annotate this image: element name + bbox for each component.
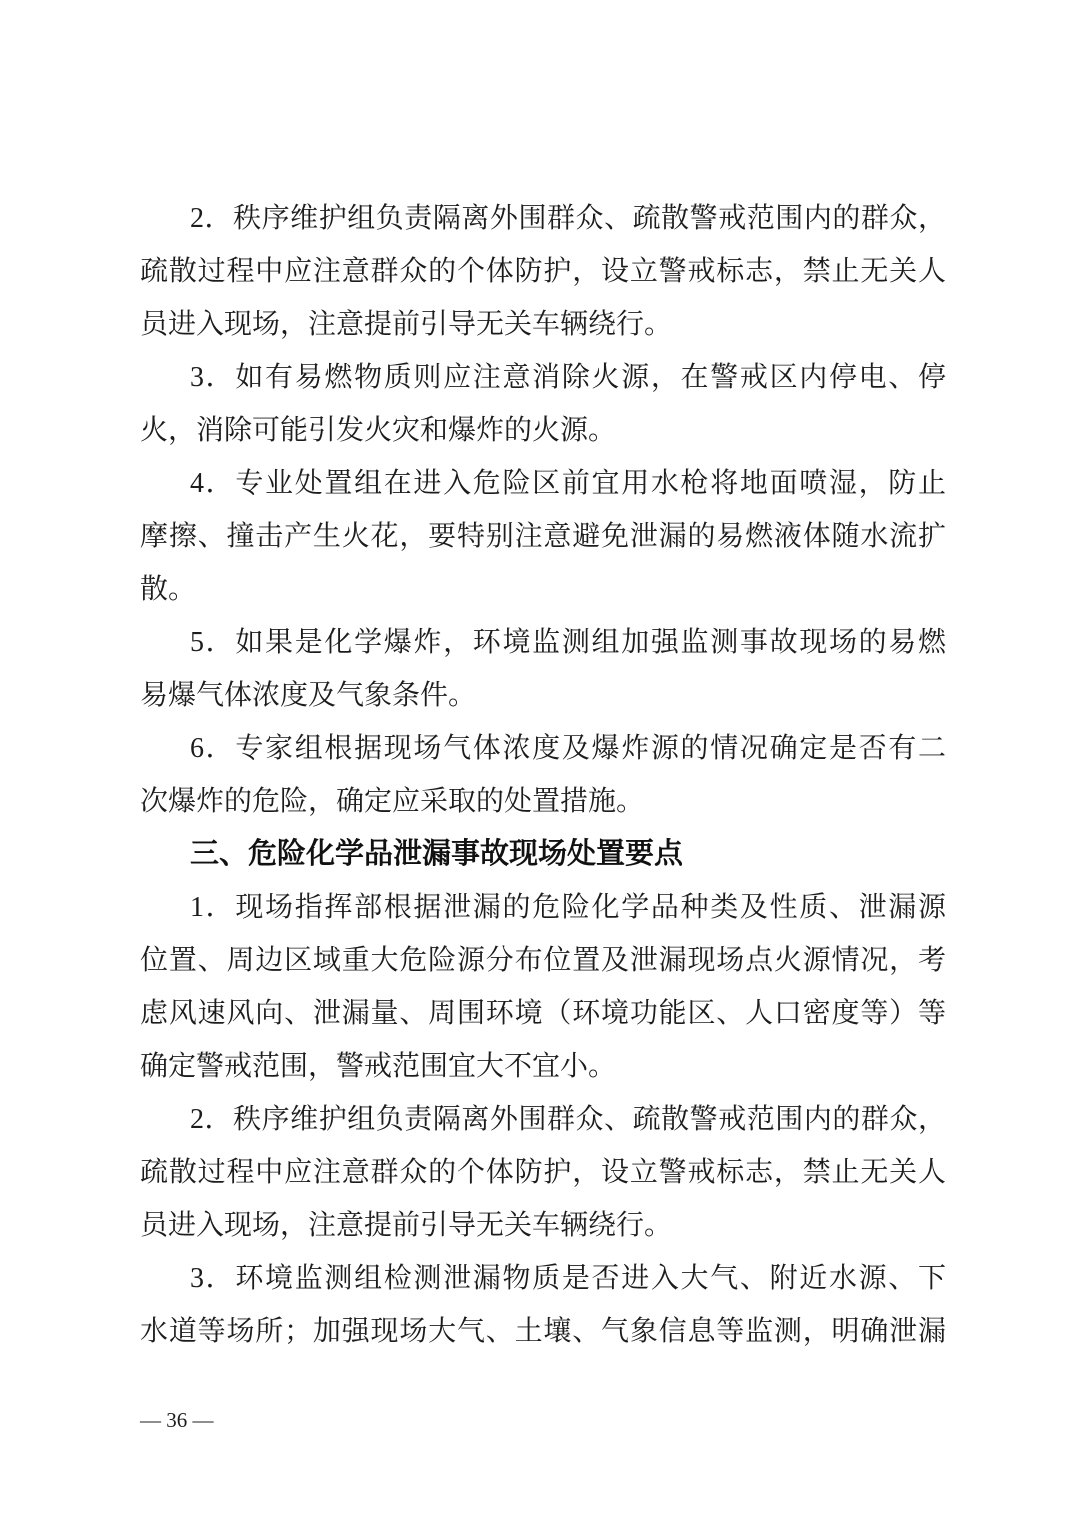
paragraph-line: 3．如有易燃物质则应注意消除火源，在警戒区内停电、停	[140, 351, 946, 404]
paragraph-line: 确定警戒范围，警戒范围宜大不宜小。	[140, 1040, 946, 1093]
paragraph-line: 2．秩序维护组负责隔离外围群众、疏散警戒范围内的群众，	[140, 1093, 946, 1146]
paragraph-line: 5．如果是化学爆炸，环境监测组加强监测事故现场的易燃	[140, 616, 946, 669]
paragraph-line: 疏散过程中应注意群众的个体防护，设立警戒标志，禁止无关人	[140, 1146, 946, 1199]
paragraph-line: 3．环境监测组检测泄漏物质是否进入大气、附近水源、下	[140, 1252, 946, 1305]
paragraph-line: 4．专业处置组在进入危险区前宜用水枪将地面喷湿，防止	[140, 457, 946, 510]
paragraph-line: 火，消除可能引发火灾和爆炸的火源。	[140, 404, 946, 457]
paragraph-line: 疏散过程中应注意群众的个体防护，设立警戒标志，禁止无关人	[140, 245, 946, 298]
paragraph-line: 水道等场所；加强现场大气、土壤、气象信息等监测，明确泄漏	[140, 1305, 946, 1358]
paragraph-line: 员进入现场，注意提前引导无关车辆绕行。	[140, 298, 946, 351]
paragraph-line: 1．现场指挥部根据泄漏的危险化学品种类及性质、泄漏源	[140, 881, 946, 934]
paragraph-line: 2．秩序维护组负责隔离外围群众、疏散警戒范围内的群众，	[140, 192, 946, 245]
paragraph-line: 次爆炸的危险，确定应采取的处置措施。	[140, 775, 946, 828]
document-body: 2．秩序维护组负责隔离外围群众、疏散警戒范围内的群众，疏散过程中应注意群众的个体…	[140, 192, 946, 1358]
paragraph-line: 6．专家组根据现场气体浓度及爆炸源的情况确定是否有二	[140, 722, 946, 775]
section-heading: 三、危险化学品泄漏事故现场处置要点	[140, 828, 946, 881]
page-number: — 36 —	[140, 1403, 214, 1437]
paragraph-line: 虑风速风向、泄漏量、周围环境（环境功能区、人口密度等）等	[140, 987, 946, 1040]
document-page: 2．秩序维护组负责隔离外围群众、疏散警戒范围内的群众，疏散过程中应注意群众的个体…	[0, 0, 1074, 1520]
paragraph-line: 摩擦、撞击产生火花，要特别注意避免泄漏的易燃液体随水流扩	[140, 510, 946, 563]
paragraph-line: 易爆气体浓度及气象条件。	[140, 669, 946, 722]
paragraph-line: 散。	[140, 563, 946, 616]
paragraph-line: 员进入现场，注意提前引导无关车辆绕行。	[140, 1199, 946, 1252]
paragraph-line: 位置、周边区域重大危险源分布位置及泄漏现场点火源情况，考	[140, 934, 946, 987]
